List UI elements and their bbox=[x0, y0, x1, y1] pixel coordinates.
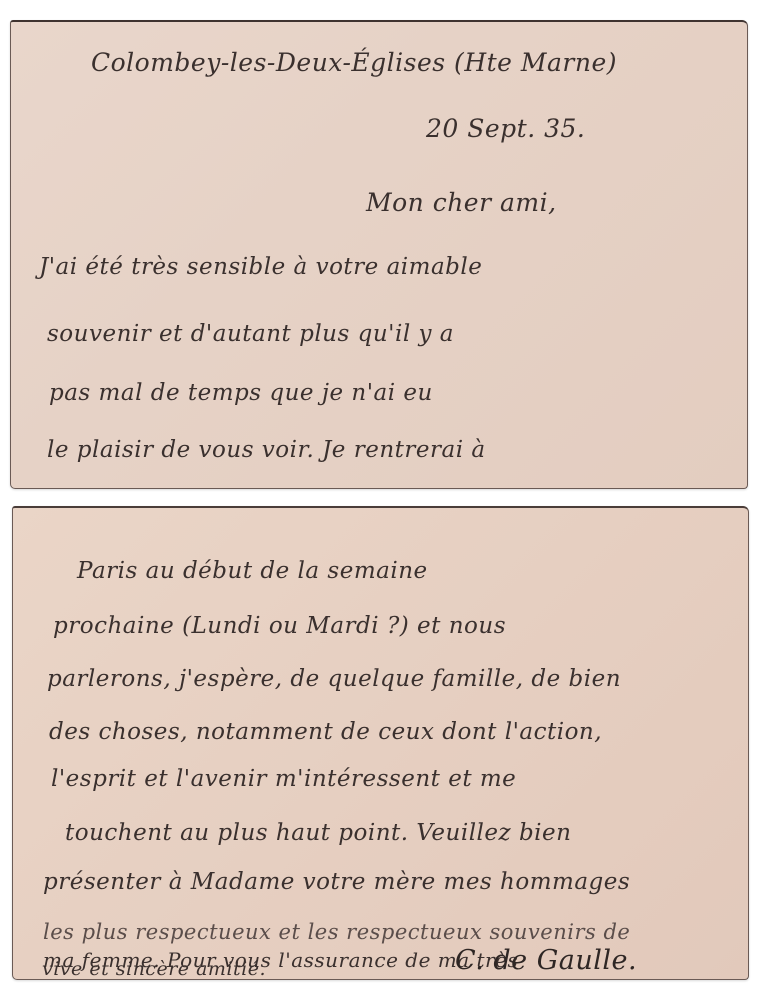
letter-line: l'esprit et l'avenir m'intéressent et me bbox=[51, 766, 516, 792]
letter-line: présenter à Madame votre mère mes hommag… bbox=[43, 869, 630, 895]
letter-line: J'ai été très sensible à votre aimable bbox=[39, 254, 482, 280]
letter-date: 20 Sept. 35. bbox=[426, 114, 585, 143]
letter-closing-line: vive et sincère amitié. bbox=[42, 958, 266, 980]
letter-line: souvenir et d'autant plus qu'il y a bbox=[47, 321, 454, 347]
letter-line: pas mal de temps que je n'ai eu bbox=[49, 380, 433, 406]
letter-card-page-2: Paris au début de la semaine prochaine (… bbox=[12, 506, 749, 980]
letter-salutation: Mon cher ami, bbox=[366, 188, 557, 217]
letter-signature: C. de Gaulle. bbox=[455, 945, 637, 976]
letter-line: le plaisir de vous voir. Je rentrerai à bbox=[47, 437, 486, 463]
letter-line: Paris au début de la semaine bbox=[77, 558, 428, 584]
letter-card-page-1: Colombey-les-Deux-Églises (Hte Marne) 20… bbox=[10, 20, 748, 489]
letter-place-line: Colombey-les-Deux-Églises (Hte Marne) bbox=[91, 48, 617, 77]
letter-line: touchent au plus haut point. Veuillez bi… bbox=[65, 820, 571, 846]
letter-line: les plus respectueux et les respectueux … bbox=[43, 920, 630, 944]
letter-line: parlerons, j'espère, de quelque famille,… bbox=[47, 666, 621, 692]
letter-line: prochaine (Lundi ou Mardi ?) et nous bbox=[53, 613, 506, 639]
letter-line: des choses, notamment de ceux dont l'act… bbox=[49, 719, 602, 745]
